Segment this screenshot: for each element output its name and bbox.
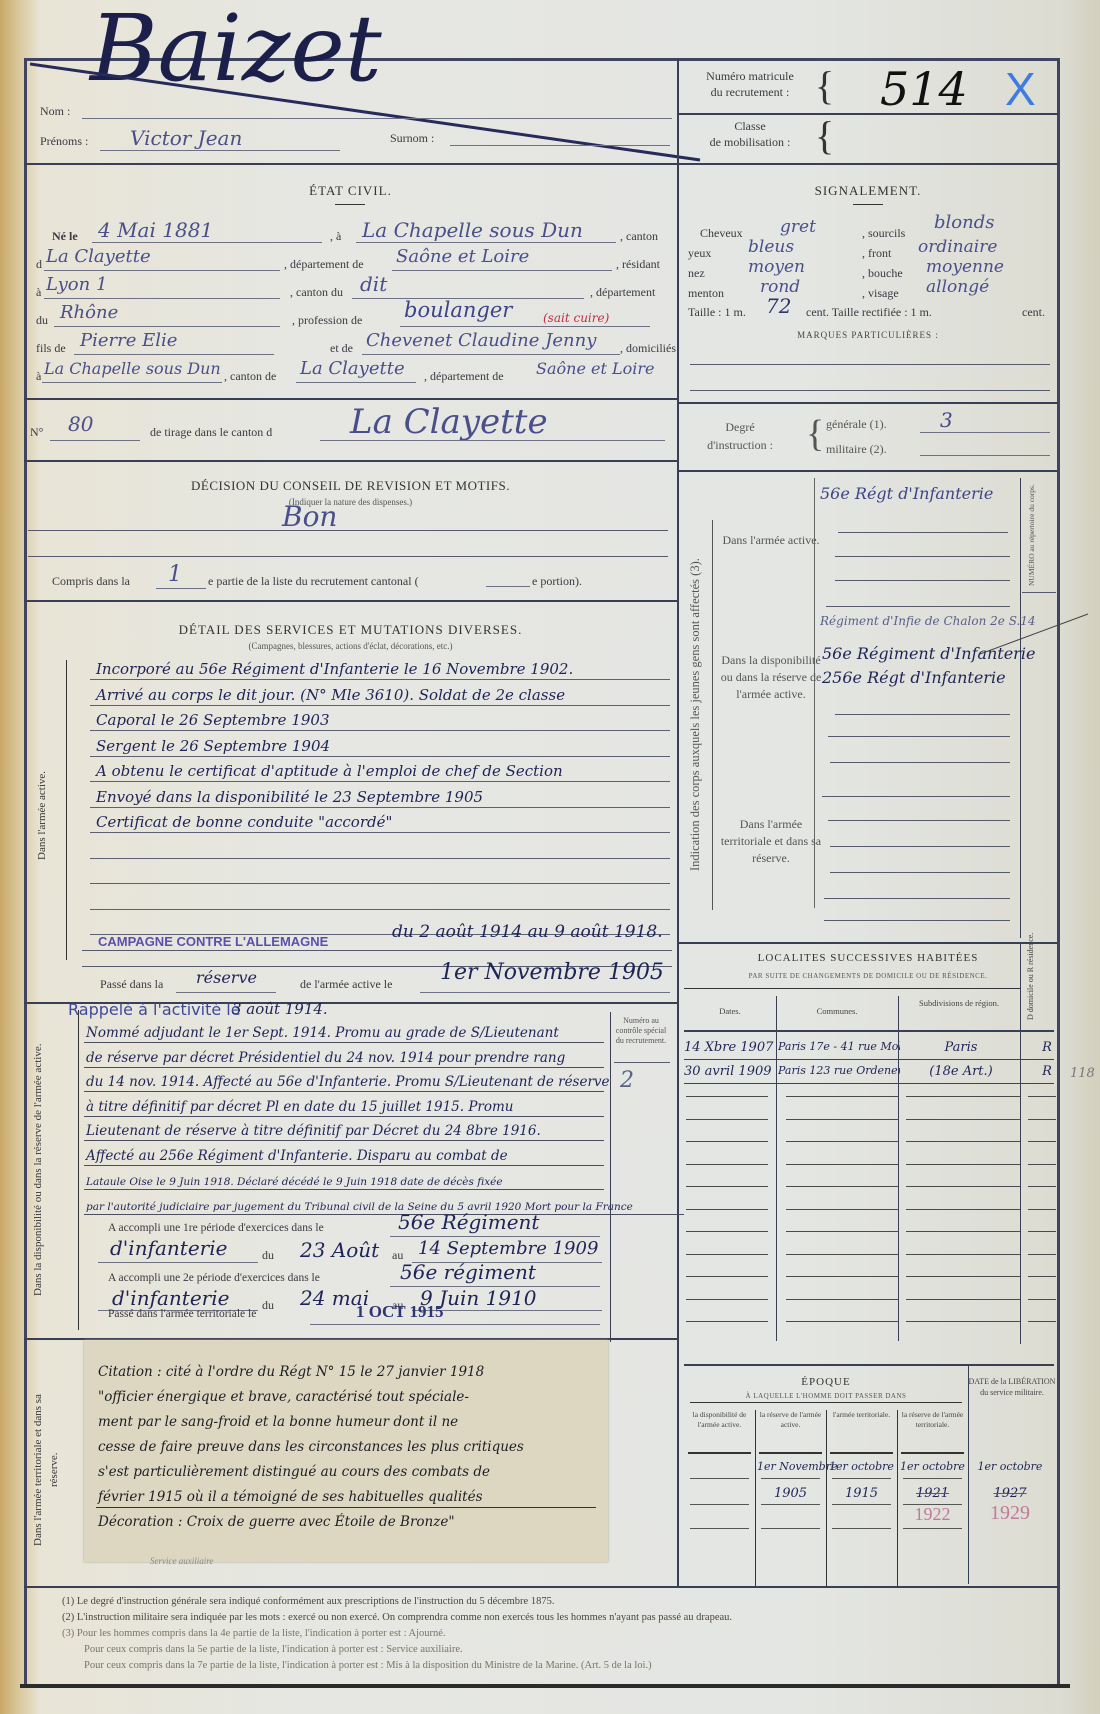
localite-cell: 30 avril 1909	[684, 1064, 776, 1079]
profession-label: , profession de	[292, 313, 362, 328]
nom-line	[82, 118, 672, 119]
localites-subtitle: PAR SUITE DE CHANGEMENTS DE DOMICILE OU …	[678, 972, 1058, 980]
line	[614, 1062, 670, 1063]
service-line: de réserve par décret Présidentiel du 24…	[84, 1043, 604, 1068]
numero-controle-divider	[610, 1012, 611, 1342]
citation-line: s'est particulièrement distingué au cour…	[96, 1458, 596, 1482]
surnom-label: Surnom :	[390, 131, 434, 146]
blank-line	[686, 1231, 768, 1232]
blank-line	[786, 1299, 898, 1300]
matricule-check-mark: X	[1005, 62, 1036, 116]
rule	[688, 1452, 751, 1454]
instruction-militaire-label: militaire (2).	[826, 442, 887, 457]
domicile-value: La Chapelle sous Dun	[44, 359, 221, 378]
service-line-text: Nommé adjudant le 1er Sept. 1914. Promu …	[86, 1025, 559, 1041]
passe-value: réserve	[196, 968, 257, 987]
divider	[678, 402, 1058, 404]
taille-unit: cent. Taille rectifiée : 1 m.	[806, 305, 932, 320]
line	[390, 1236, 600, 1237]
divider	[678, 470, 1058, 472]
col-header-subdivisions: Subdivisions de région.	[898, 998, 1020, 1009]
rule	[684, 988, 1020, 989]
localite-cell: Paris	[900, 1040, 1022, 1055]
blank-line	[90, 833, 670, 859]
line	[828, 736, 1010, 737]
center-divider	[677, 58, 679, 1588]
periode2-du: du	[262, 1298, 274, 1313]
epoque-day: 1er Novembre	[757, 1460, 824, 1473]
service-line-text: Affecté au 256e Régiment d'Infanterie. D…	[86, 1148, 508, 1164]
blank-line	[906, 1231, 1020, 1232]
citation-text: Citation : cité à l'ordre du Régt N° 15 …	[98, 1364, 484, 1380]
territoriale-stamp: 1 OCT 1915	[356, 1302, 444, 1322]
periode2-corps2: d'infanterie	[112, 1286, 229, 1310]
tirage-canton-value: La Clayette	[350, 402, 548, 442]
periode2-label: A accompli une 2e période d'exercices da…	[108, 1272, 320, 1284]
blank-line	[1028, 1141, 1056, 1142]
citation-text: s'est particulièrement distingué au cour…	[98, 1464, 490, 1480]
blank-line	[906, 1254, 1020, 1255]
departement3-label: , département de	[424, 369, 504, 384]
prenoms-line	[100, 150, 340, 151]
blank-line	[690, 1478, 749, 1479]
footnote: (3) Pour les hommes compris dans la 4e p…	[62, 1628, 446, 1639]
periode1-end: 14 Septembre 1909	[418, 1238, 598, 1259]
blank-line	[686, 1209, 768, 1210]
cheveux-label: Cheveux	[700, 226, 743, 241]
residence-value: Lyon 1	[46, 274, 107, 295]
blank-line	[761, 1528, 820, 1529]
etat-civil-title: ÉTAT CIVIL.	[24, 183, 677, 199]
blank-line	[686, 1254, 768, 1255]
line	[310, 1324, 600, 1325]
blank-line	[906, 1299, 1020, 1300]
line	[42, 382, 222, 383]
liberation-year: 1927	[970, 1486, 1050, 1501]
service-line-text: Caporal le 26 Septembre 1903	[96, 711, 330, 729]
surnom-line	[450, 145, 670, 146]
compris-value: 1	[168, 562, 182, 587]
divider	[24, 600, 677, 602]
blank-line	[906, 1186, 1020, 1187]
mere-value: Chevenet Claudine Jenny	[366, 330, 596, 351]
line	[920, 455, 1050, 456]
blank-line	[906, 1276, 1020, 1277]
blank-line	[906, 1321, 1020, 1322]
signalement-title: SIGNALEMENT.	[678, 183, 1058, 199]
periode2-corps: 56e régiment	[400, 1260, 536, 1284]
passe-date: 1er Novembre 1905	[440, 960, 664, 985]
fils-de-label: fils de	[36, 341, 66, 356]
brace	[712, 520, 713, 910]
service-line-text: A obtenu le certificat d'aptitude à l'em…	[96, 762, 563, 780]
canton3-value: La Clayette	[300, 358, 405, 379]
departement2-value: Rhône	[60, 302, 118, 323]
divider	[24, 460, 677, 462]
rappele-date: 3 août 1914.	[232, 1000, 328, 1018]
services-subtitle: (Campagnes, blessures, actions d'éclat, …	[24, 641, 677, 651]
epoque-col-header: la disponibilité de l'armée active.	[686, 1410, 753, 1430]
blank-line	[1028, 1209, 1056, 1210]
numero-divider	[1020, 478, 1021, 938]
blank-line	[906, 1164, 1020, 1165]
matricule-label: Numéro matriculedu recrutement :	[690, 68, 810, 100]
line	[1022, 592, 1056, 593]
nom-label: Nom :	[40, 104, 70, 119]
service-line: Arrivé au corps le dit jour. (N° Mle 361…	[90, 680, 670, 706]
line	[920, 432, 1050, 433]
service-line: Lataule Oise le 9 Juin 1918. Déclaré déc…	[84, 1165, 604, 1190]
visage-label: , visage	[862, 286, 899, 301]
blank-line	[786, 1209, 898, 1210]
line	[296, 382, 416, 383]
line	[828, 820, 1010, 821]
domicilies-label: , domiciliés	[620, 341, 676, 356]
service-line: Certificat de bonne conduite "accordé"	[90, 807, 670, 833]
line	[54, 326, 280, 327]
line	[830, 762, 1010, 763]
liberation-day: 1er octobre	[970, 1460, 1050, 1473]
epoque-year: 1921	[899, 1486, 966, 1501]
footer-divider	[24, 1586, 1060, 1588]
numero-controle-label: Numéro au contrôle spécial du recrutemen…	[612, 1016, 670, 1046]
nez-label: nez	[688, 266, 705, 281]
localites-title: LOCALITES SUCCESSIVES HABITÉES	[678, 952, 1058, 964]
service-line: Nommé adjudant le 1er Sept. 1914. Promu …	[84, 1018, 604, 1043]
service-line: Lieutenant de réserve à titre définitif …	[84, 1116, 604, 1141]
epoque-day: 1er octobre	[899, 1460, 966, 1473]
title-rule	[335, 204, 365, 205]
blank-line	[786, 1186, 898, 1187]
localite-cell: R	[1030, 1064, 1064, 1079]
rule	[690, 1402, 962, 1403]
taille-label: Taille : 1 m.	[688, 305, 746, 320]
line	[362, 354, 620, 355]
citation-line: Citation : cité à l'ordre du Régt N° 15 …	[96, 1358, 596, 1382]
blank-line	[761, 1504, 820, 1505]
blank-line	[1028, 1186, 1056, 1187]
service-line-text: Sergent le 26 Septembre 1904	[96, 737, 330, 755]
line	[98, 1262, 258, 1263]
pere-value: Pierre Elie	[80, 330, 177, 351]
blank-line	[686, 1299, 768, 1300]
yeux-value: bleus	[748, 237, 794, 257]
line	[356, 242, 616, 243]
service-line-text: du 14 nov. 1914. Affecté au 56e d'Infant…	[86, 1074, 610, 1090]
brace	[78, 1010, 79, 1330]
blank-line	[832, 1504, 891, 1505]
line	[44, 270, 280, 271]
liberation-header: DATE de la LIBÉRATION du service militai…	[968, 1376, 1056, 1398]
footnote: (1) Le degré d'instruction générale sera…	[62, 1596, 554, 1607]
blank-line	[786, 1276, 898, 1277]
front-label: , front	[862, 246, 891, 261]
line	[28, 530, 668, 531]
sourcils-value: blonds	[934, 212, 994, 233]
menton-label: menton	[688, 286, 724, 301]
matricule-divider	[678, 113, 1058, 115]
line	[690, 364, 1050, 365]
territoriale-label: Passé dans l'armée territoriale le	[108, 1308, 256, 1320]
col-divider	[1020, 944, 1021, 1344]
liberation-corrected-year: 1929	[970, 1502, 1050, 1525]
canton-label: , canton	[620, 229, 658, 244]
blank-line	[786, 1119, 898, 1120]
matricule-value: 514	[880, 62, 968, 116]
service-line: par l'autorité judiciaire par jugement d…	[84, 1190, 684, 1215]
blank-line	[690, 1504, 749, 1505]
blank-line	[1028, 1119, 1056, 1120]
portion-suffix: e portion).	[532, 574, 582, 589]
services-title: DÉTAIL DES SERVICES ET MUTATIONS DIVERSE…	[24, 622, 677, 638]
line	[835, 714, 1010, 715]
decision-value: Bon	[282, 500, 337, 533]
tirage-canton-label: de tirage dans le canton d	[150, 425, 272, 440]
citation-line: février 1915 où il a témoigné de ses hab…	[96, 1483, 596, 1508]
blank-line	[1028, 1231, 1056, 1232]
blank-line	[690, 1528, 749, 1529]
line	[486, 586, 530, 587]
bouche-label: , bouche	[862, 266, 903, 281]
rule	[901, 1452, 964, 1454]
compris-label: Compris dans la	[52, 574, 130, 589]
strike-line	[30, 60, 710, 170]
localite-cell: (18e Art.)	[900, 1064, 1022, 1079]
divider	[684, 1364, 1054, 1366]
departement3-value: Saône et Loire	[536, 359, 654, 378]
prenoms-value: Victor Jean	[130, 126, 242, 150]
service-line: Affecté au 256e Régiment d'Infanterie. D…	[84, 1141, 604, 1166]
service-line-text: Certificat de bonne conduite "accordé"	[96, 813, 392, 831]
cheveux-value: gret	[780, 217, 816, 237]
blank-line	[906, 1096, 1020, 1097]
canton3-label: , canton de	[224, 369, 276, 384]
localite-cell: Paris 123 rue Ordener	[778, 1064, 900, 1077]
periode1-corps2: d'infanterie	[110, 1236, 227, 1260]
corps-numero-label: NUMÉRO au répertoire du corps.	[1027, 480, 1036, 590]
instruction-generale-label: générale (1).	[826, 417, 887, 432]
footnote: Pour ceux compris dans la 7e partie de l…	[84, 1660, 652, 1671]
epoque-col-header: l'armée territoriale.	[828, 1410, 895, 1420]
section-active-label: Dans l'armée active.	[36, 720, 48, 910]
nez-value: moyen	[748, 257, 805, 277]
blank-line	[686, 1141, 768, 1142]
margin-note: 118	[1070, 1066, 1095, 1081]
numero-controle-value: 2	[620, 1068, 634, 1093]
line	[92, 242, 322, 243]
service-line: Sergent le 26 Septembre 1904	[90, 731, 670, 757]
line	[830, 846, 1010, 847]
departement-value: Saône et Loire	[396, 246, 529, 267]
blank-line	[906, 1119, 1020, 1120]
instruction-generale-value: 3	[940, 408, 953, 432]
col-header-communes: Communes.	[776, 1006, 898, 1017]
sourcils-label: , sourcils	[862, 226, 905, 241]
citation-text: Décoration : Croix de guerre avec Étoile…	[98, 1514, 455, 1530]
departement2-label: , département	[590, 285, 655, 300]
line	[156, 588, 206, 589]
front-value: ordinaire	[918, 237, 997, 257]
canton-du-value: dit	[360, 272, 387, 296]
footnote: (2) L'instruction militaire sera indiqué…	[62, 1612, 732, 1623]
lieu-naissance: La Chapelle sous Dun	[362, 218, 583, 242]
row-line	[684, 1083, 1054, 1084]
section-territoriale-label: Dans l'armée territoriale et dans sa rés…	[30, 1380, 64, 1560]
service-line-text: Incorporé au 56e Régiment d'Infanterie l…	[96, 660, 573, 678]
blank-line	[761, 1478, 820, 1479]
localite-cell: Paris 17e - 41 rue Mollet	[778, 1040, 900, 1053]
line	[82, 950, 672, 951]
service-auxiliaire-label: Service auxiliaire	[150, 1556, 213, 1566]
section-disponibilite-label: Dans la disponibilité ou dans la réserve…	[30, 1040, 64, 1300]
localite-cell: R	[1030, 1040, 1064, 1055]
et-de-label: et de	[330, 341, 353, 356]
profession-value: boulanger	[404, 298, 512, 322]
blank-line	[686, 1119, 768, 1120]
brace	[66, 660, 67, 960]
campagne-stamp: CAMPAGNE CONTRE L'ALLEMAGNE	[98, 934, 328, 949]
taille-rect-unit: cent.	[1022, 305, 1045, 320]
passe-suffix: de l'armée active le	[300, 977, 392, 992]
canton-du-label: , canton du	[290, 285, 343, 300]
epoque-table: la disponibilité de l'armée active.la ré…	[684, 1404, 1056, 1584]
bottom-rule	[20, 1684, 1070, 1688]
service-line: Incorporé au 56e Régiment d'Infanterie l…	[90, 654, 670, 680]
corps-disponibilite-value: 256e Régt d'Infanterie	[822, 668, 1006, 687]
citation-line: "officier énergique et brave, caractéris…	[96, 1383, 596, 1407]
footnote: Pour ceux compris dans la 5e partie de l…	[84, 1644, 463, 1655]
d-label: d	[36, 257, 42, 272]
blank-line	[1028, 1299, 1056, 1300]
blank-line	[1028, 1321, 1056, 1322]
decision-title: DÉCISION DU CONSEIL DE REVISION ET MOTIF…	[24, 478, 677, 494]
a3-label: à	[36, 369, 41, 384]
citation-line: Décoration : Croix de guerre avec Étoile…	[96, 1508, 596, 1532]
citation-slip: Citation : cité à l'ordre du Régt N° 15 …	[84, 1340, 608, 1562]
corps-active-label: Dans l'armée active.	[716, 532, 826, 549]
epoque-corrected-year: 1922	[899, 1504, 966, 1525]
service-line-text: par l'autorité judiciaire par jugement d…	[86, 1201, 633, 1213]
row-line	[684, 1059, 1054, 1060]
line	[822, 796, 1010, 797]
periode1-label: A accompli une 1re période d'exercices d…	[108, 1222, 324, 1234]
yeux-label: yeux	[688, 246, 711, 261]
epoque-col-header: la réserve de l'armée active.	[757, 1410, 824, 1430]
service-line: du 14 nov. 1914. Affecté au 56e d'Infant…	[84, 1067, 604, 1092]
periode1-du: du	[262, 1248, 274, 1263]
epoque-subtitle: À LAQUELLE L'HOMME DOIT PASSER DANS	[684, 1392, 968, 1400]
rule	[830, 1452, 893, 1454]
line	[74, 354, 274, 355]
profession-note: (sait cuire)	[543, 311, 609, 325]
service-line: Envoyé dans la disponibilité le 23 Septe…	[90, 782, 670, 808]
line	[420, 992, 670, 993]
citation-text: février 1915 où il a témoigné de ses hab…	[98, 1489, 483, 1505]
blank-line	[906, 1141, 1020, 1142]
taille-value: 72	[766, 294, 791, 318]
blank-line	[786, 1096, 898, 1097]
divider	[24, 398, 677, 400]
rappele-stamp: Rappelé à l'activité le	[68, 1000, 241, 1019]
line	[320, 440, 665, 441]
blank-line	[1028, 1164, 1056, 1165]
epoque-year: 1905	[757, 1486, 824, 1501]
epoque-col-header: la réserve de l'armée territoriale.	[899, 1410, 966, 1430]
ne-le-value: 4 Mai 1881	[98, 218, 213, 242]
blank-line	[686, 1164, 768, 1165]
citation-text: ment par le sang-froid et la bonne humeu…	[98, 1414, 458, 1430]
visage-value: allongé	[926, 277, 989, 297]
blank-line	[686, 1186, 768, 1187]
periode1-corps: 56e Régiment	[398, 1210, 539, 1234]
service-line-text: Arrivé au corps le dit jour. (N° Mle 361…	[96, 686, 565, 704]
service-line-text: Envoyé dans la disponibilité le 23 Septe…	[96, 788, 483, 806]
blank-line	[903, 1528, 962, 1529]
service-line-text: Lieutenant de réserve à titre définitif …	[86, 1123, 541, 1139]
service-line: A obtenu le certificat d'aptitude à l'em…	[90, 756, 670, 782]
blank-line	[832, 1528, 891, 1529]
passe-label: Passé dans la	[100, 977, 163, 992]
ne-le-label: Né le	[52, 229, 78, 244]
blank-line	[786, 1321, 898, 1322]
localite-cell: 14 Xbre 1907	[684, 1040, 776, 1055]
line	[830, 872, 1010, 873]
campagne-value: du 2 août 1914 au 9 août 1918.	[392, 922, 663, 942]
col-divider	[897, 1410, 898, 1586]
blank-line	[903, 1504, 962, 1505]
service-line-text: à titre définitif par décret Pl en date …	[86, 1099, 514, 1115]
tirage-no-label: N°	[30, 425, 43, 440]
service-line: à titre définitif par décret Pl en date …	[84, 1092, 604, 1117]
blank-line	[686, 1321, 768, 1322]
line	[826, 606, 1010, 607]
blank-line	[832, 1478, 891, 1479]
col-divider	[826, 1410, 827, 1586]
line	[28, 556, 668, 557]
line	[690, 390, 1050, 391]
col-header-dr: D domicile ou R résidence.	[1026, 950, 1035, 1020]
citation-line: ment par le sang-froid et la bonne humeu…	[96, 1408, 596, 1432]
title-rule	[853, 204, 883, 205]
decision-subtitle: (Indiquer la nature des dispenses.)	[24, 497, 677, 507]
line	[824, 920, 1010, 921]
blank-line	[786, 1254, 898, 1255]
citation-line: cesse de faire preuve dans les circonsta…	[96, 1433, 596, 1457]
bouche-value: moyenne	[926, 257, 1004, 277]
epoque-day: 1er octobre	[828, 1460, 895, 1473]
corps-active-value: 56e Régt d'Infanterie	[820, 484, 993, 503]
line	[824, 898, 1010, 899]
blank-line	[1028, 1276, 1056, 1277]
blank-line	[1028, 1096, 1056, 1097]
line	[392, 270, 612, 271]
line	[835, 556, 1010, 557]
blank-line	[686, 1096, 768, 1097]
residant-label: , résidant	[616, 257, 660, 272]
citation-text: "officier énergique et brave, caractéris…	[98, 1389, 469, 1405]
strike-line	[980, 612, 1090, 672]
col-divider	[755, 1410, 756, 1586]
rule	[684, 1030, 1054, 1032]
blank-line	[786, 1141, 898, 1142]
epoque-year: 1915	[828, 1486, 895, 1501]
compris-suffix: e partie de la liste du recrutement cant…	[208, 574, 419, 589]
line	[835, 580, 1010, 581]
prenoms-label: Prénoms :	[40, 134, 88, 149]
blank-line	[903, 1478, 962, 1479]
col-divider	[776, 996, 777, 1341]
canton-value: La Clayette	[46, 246, 151, 267]
